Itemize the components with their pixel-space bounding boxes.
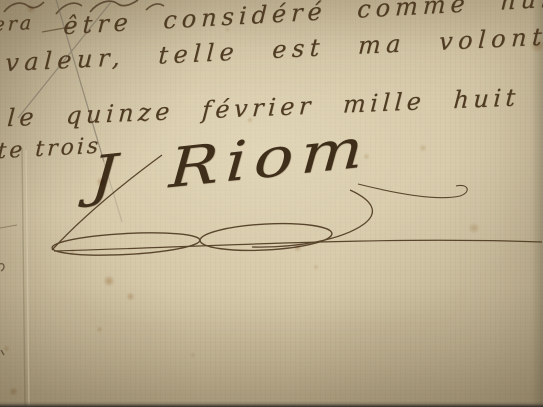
handwriting-line: le quinze février mille huit	[6, 85, 520, 130]
stain	[313, 264, 319, 270]
stain	[293, 243, 302, 252]
manuscript-photo: era être considéré comme nul. valeur, te…	[0, 0, 543, 407]
photo-edge-shadow	[531, 0, 543, 407]
stain	[103, 275, 115, 287]
handwriting-line-fragment: era	[0, 14, 35, 35]
paper-crease	[22, 148, 29, 407]
stain	[3, 345, 10, 352]
signature-text: J Riom	[89, 121, 371, 205]
handwriting-line: te trois	[0, 136, 102, 164]
stain	[70, 249, 75, 254]
stain	[468, 222, 480, 234]
stain	[96, 326, 103, 333]
margin-stroke	[0, 225, 17, 228]
stain	[126, 292, 135, 301]
stain	[9, 387, 18, 396]
photo-edge-shadow	[0, 401, 543, 407]
stain	[190, 352, 196, 358]
ink-speck	[0, 264, 4, 355]
stain	[419, 144, 427, 152]
